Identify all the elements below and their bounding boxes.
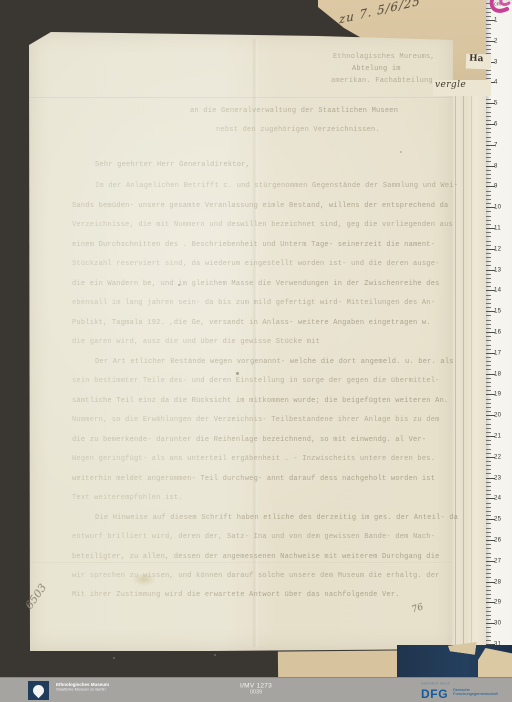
ruler-tick [486, 511, 491, 512]
ruler-tick [486, 611, 491, 612]
ruler-tick [486, 307, 491, 308]
ruler-tick [486, 565, 491, 566]
ruler-tick [486, 299, 491, 300]
ruler-tick [486, 573, 491, 574]
ruler-tick [486, 220, 491, 221]
ruler-tick [486, 236, 491, 237]
ruler-tick [486, 453, 491, 454]
ruler-number: 4 [494, 79, 511, 86]
ruler-number: 19 [494, 391, 511, 398]
ruler-tick [486, 523, 491, 524]
ruler-tick [486, 378, 491, 379]
ruler-tick [486, 24, 491, 25]
ruler-number: 24 [494, 495, 511, 502]
ruler-tick [486, 357, 491, 358]
paper-edge-line [463, 0, 464, 658]
ruler-tick [486, 615, 491, 616]
ruler-tick [486, 365, 491, 366]
ruler-tick [486, 116, 491, 117]
ruler-tick [486, 245, 491, 246]
ruler-tick [486, 286, 491, 287]
ruler-tick [486, 199, 491, 200]
ruler-number: 25 [494, 516, 511, 523]
paper-edge-line [455, 0, 456, 658]
dfg-logo: DFG [421, 687, 448, 701]
ruler-tick [486, 553, 491, 554]
ruler-number: 3 [494, 58, 511, 65]
ruler-tick [486, 141, 491, 142]
dust-speck [214, 654, 216, 656]
ruler-tick [486, 224, 491, 225]
ruler-tick [486, 482, 491, 483]
ruler-tick [486, 74, 491, 75]
ruler-tick [486, 278, 491, 279]
ruler-number: 15 [494, 308, 511, 315]
ruler-tick [486, 336, 491, 337]
dust-speck [113, 657, 115, 659]
paper-scrap [278, 650, 406, 678]
scanned-archive-page: cm 1234567891011121314151617181920212223… [0, 0, 512, 702]
document-page [28, 31, 454, 651]
ruler-tick [486, 349, 491, 350]
ruler-tick [486, 295, 491, 296]
ruler-tick [486, 153, 491, 154]
pink-ribbon-marker [486, 0, 512, 22]
ruler-number: 29 [494, 599, 511, 606]
ruler-tick [486, 157, 491, 158]
ruler-tick [486, 70, 491, 71]
ruler-tick [486, 191, 491, 192]
vertical-fold [252, 39, 259, 647]
ruler-tick [486, 128, 491, 129]
ruler-tick [486, 557, 491, 558]
ruler-tick [486, 503, 491, 504]
ruler-tick [486, 607, 491, 608]
measurement-ruler: cm 1234567891011121314151617181920212223… [486, 0, 512, 702]
horizontal-crease [30, 97, 452, 99]
ruler-tick [486, 586, 491, 587]
ruler-tick [486, 132, 491, 133]
ruler-tick [486, 428, 491, 429]
ruler-tick [486, 170, 491, 171]
funding-label: Gefördert durch [421, 682, 450, 686]
ruler-tick [486, 120, 491, 121]
printed-fragment: vergle [433, 80, 491, 96]
ruler-tick [486, 548, 491, 549]
ruler-tick [486, 369, 491, 370]
ruler-tick [486, 137, 491, 138]
ruler-tick [486, 494, 491, 495]
ruler-tick [486, 182, 491, 183]
ruler-tick [486, 195, 491, 196]
ruler-tick [486, 257, 491, 258]
ruler-tick [486, 407, 491, 408]
ruler-number: 12 [494, 245, 511, 252]
digitization-footer-bar: Ethnologisches Museum Staatliche Museen … [0, 677, 512, 702]
ruler-tick [486, 203, 491, 204]
ruler-tick [486, 303, 491, 304]
ruler-tick [486, 411, 491, 412]
ruler-tick [486, 507, 491, 508]
ruler-tick [486, 636, 491, 637]
ruler-number: 30 [494, 620, 511, 627]
ruler-number: 9 [494, 183, 511, 190]
paper-speck [400, 151, 402, 153]
dfg-org-line2: Forschungsgemeinschaft [453, 692, 498, 696]
printed-fragment: Ha [466, 54, 492, 70]
ruler-tick [486, 598, 491, 599]
ruler-number: 17 [494, 349, 511, 356]
dfg-org-name: Deutsche Forschungsgemeinschaft [453, 688, 498, 696]
ruler-tick [486, 640, 491, 641]
ruler-number: 14 [494, 287, 511, 294]
ruler-tick [486, 253, 491, 254]
ruler-tick [486, 532, 491, 533]
ruler-tick [486, 282, 491, 283]
ruler-tick [486, 486, 491, 487]
ruler-tick [486, 473, 491, 474]
ruler-tick [486, 174, 491, 175]
ruler-number: 8 [494, 162, 511, 169]
ruler-tick [486, 178, 491, 179]
ruler-number: 28 [494, 578, 511, 585]
ruler-number: 26 [494, 537, 511, 544]
ruler-tick [486, 544, 491, 545]
ruler-tick [486, 528, 491, 529]
ruler-tick [486, 399, 491, 400]
ruler-number: 10 [494, 204, 511, 211]
ruler-tick [486, 403, 491, 404]
ruler-tick [486, 444, 491, 445]
ruler-tick [486, 461, 491, 462]
ruler-tick [486, 340, 491, 341]
ruler-tick [486, 449, 491, 450]
ruler-tick [486, 211, 491, 212]
ruler-number: 23 [494, 474, 511, 481]
ruler-tick [486, 274, 491, 275]
paper-speck [236, 372, 239, 375]
ruler-tick [486, 149, 491, 150]
ruler-tick [486, 232, 491, 233]
ruler-tick [486, 33, 491, 34]
ruler-tick [486, 569, 491, 570]
ruler-tick [486, 112, 491, 113]
ruler-tick [486, 265, 491, 266]
ruler-tick [486, 324, 491, 325]
ruler-tick [486, 261, 491, 262]
ruler-tick [486, 590, 491, 591]
ruler-number: 27 [494, 557, 511, 564]
paper-edge-line [471, 0, 472, 658]
ruler-number: 21 [494, 433, 511, 440]
ruler-tick [486, 386, 491, 387]
ruler-tick [486, 432, 491, 433]
paper-scrap [478, 648, 512, 678]
horizontal-crease [30, 562, 452, 564]
ruler-tick [486, 99, 491, 100]
ruler-tick [486, 315, 491, 316]
ruler-tick [486, 515, 491, 516]
ruler-number: 22 [494, 453, 511, 460]
ruler-number: 13 [494, 266, 511, 273]
ruler-number: 2 [494, 37, 511, 44]
ruler-number: 7 [494, 141, 511, 148]
ruler-tick [486, 161, 491, 162]
ruler-tick [486, 440, 491, 441]
ruler-tick [486, 390, 491, 391]
ruler-tick [486, 107, 491, 108]
ruler-tick [486, 594, 491, 595]
ruler-number: 11 [494, 225, 511, 232]
ruler-tick [486, 419, 491, 420]
ruler-tick [486, 382, 491, 383]
ruler-number: 20 [494, 412, 511, 419]
ruler-tick [486, 469, 491, 470]
ruler-number: 6 [494, 121, 511, 128]
ruler-tick [486, 577, 491, 578]
ruler-tick [486, 345, 491, 346]
ruler-tick [486, 37, 491, 38]
ruler-tick [486, 45, 491, 46]
ruler-tick [486, 328, 491, 329]
ruler-tick [486, 627, 491, 628]
ruler-tick [486, 424, 491, 425]
ruler-number: 16 [494, 329, 511, 336]
ruler-tick [486, 49, 491, 50]
ruler-tick [486, 536, 491, 537]
ruler-tick [486, 465, 491, 466]
ruler-tick [486, 361, 491, 362]
ruler-tick [486, 241, 491, 242]
ruler-tick [486, 619, 491, 620]
ruler-tick [486, 632, 491, 633]
ruler-number: 5 [494, 100, 511, 107]
paper-speck [178, 284, 180, 286]
paper-stain [132, 573, 156, 586]
ruler-tick [486, 216, 491, 217]
ruler-tick [486, 28, 491, 29]
ruler-number: 18 [494, 370, 511, 377]
stacked-paper-edges [452, 0, 486, 658]
ruler-tick [486, 490, 491, 491]
ruler-tick [486, 320, 491, 321]
